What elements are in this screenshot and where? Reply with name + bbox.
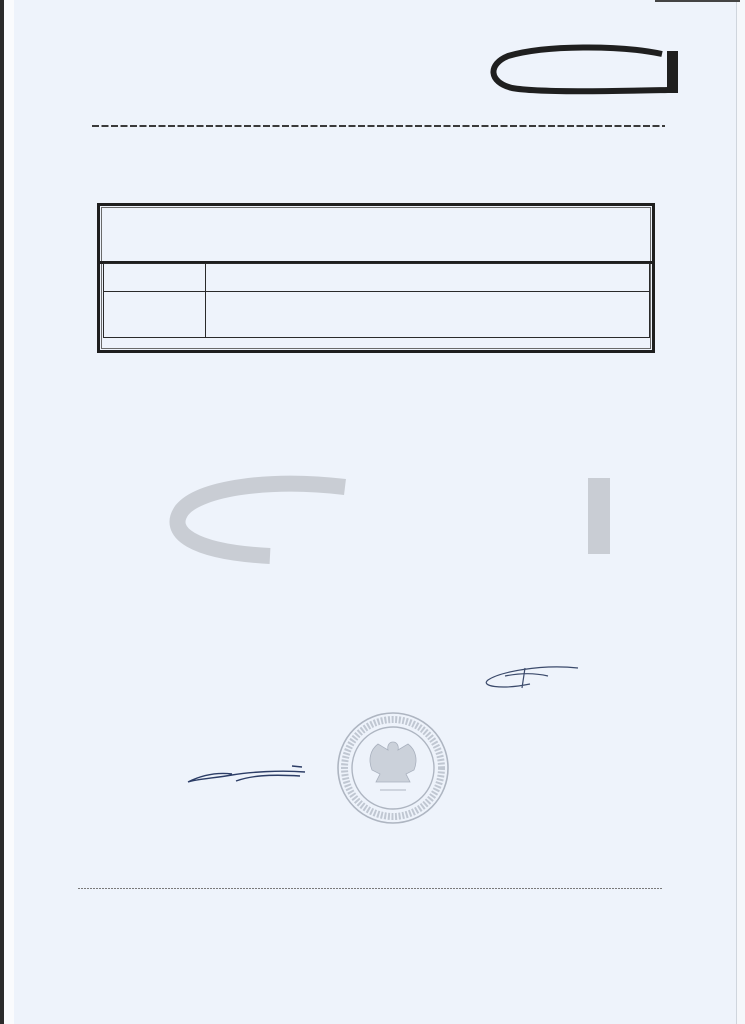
table-row (104, 292, 650, 338)
director-name (180, 790, 307, 810)
result-cell (104, 292, 206, 338)
column-header-sample (206, 264, 650, 292)
submitted-to-line (100, 240, 652, 260)
sample-cell (206, 292, 650, 338)
results-table (103, 263, 650, 338)
note-line (80, 568, 601, 588)
bullet-icon (639, 371, 651, 391)
lab-manager-title (470, 657, 570, 672)
body-line (80, 470, 632, 490)
lab-name-ar (93, 97, 341, 115)
table-header-row (104, 264, 650, 292)
notes-heading (432, 509, 632, 529)
bullet-icon (633, 470, 645, 490)
note-line (80, 607, 601, 627)
eagle-emblem-icon (370, 742, 416, 782)
institute-name-en (522, 114, 679, 122)
body-line (80, 489, 622, 509)
approval-label (228, 713, 272, 727)
note-line (80, 548, 601, 568)
body-line (80, 410, 633, 430)
header-divider (92, 125, 665, 127)
ministry-name-en (493, 43, 682, 53)
body-line (80, 450, 633, 470)
results-summary-box (97, 203, 655, 353)
bullet-icon (633, 509, 645, 529)
column-header-result (104, 264, 206, 292)
institute-name-ar (127, 78, 275, 96)
checkmark-icon (607, 607, 619, 627)
checkmark-icon (607, 568, 619, 588)
summary-title (100, 214, 652, 234)
lab-manager-name (463, 682, 577, 702)
body-line (80, 371, 633, 391)
page-reference (552, 178, 662, 198)
signature-director (188, 766, 305, 782)
note-line (80, 588, 593, 608)
body-line (80, 430, 633, 450)
bullet-icon (639, 410, 651, 430)
body-line (80, 391, 633, 411)
ministry-name-ar (493, 30, 682, 44)
checkmark-icon (607, 529, 619, 549)
director-title (225, 742, 291, 758)
official-stamp (338, 713, 448, 823)
note-line (80, 529, 601, 549)
